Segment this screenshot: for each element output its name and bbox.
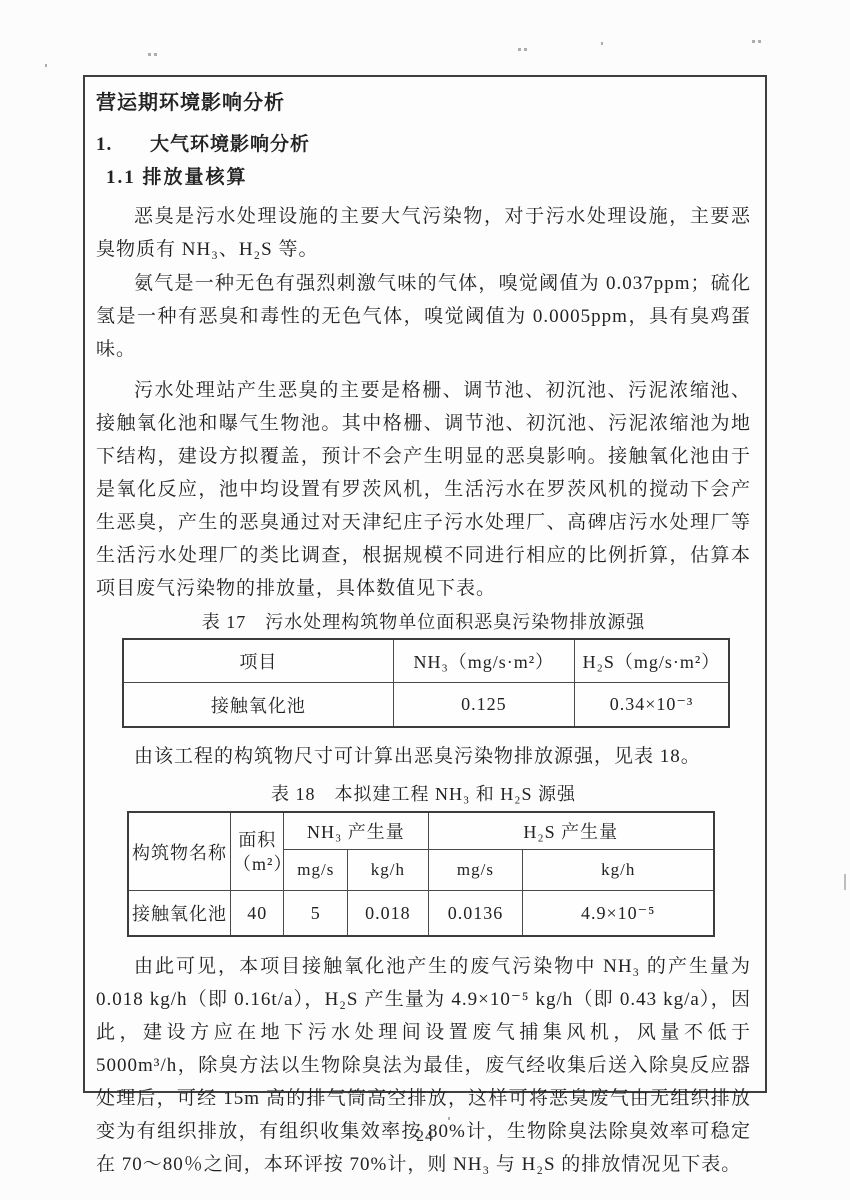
document-content: 营运期环境影响分析 1.大气环境影响分析 1.1 排放量核算 恶臭是污水处理设施… xyxy=(85,77,765,1181)
table-18-header-area: 面积 （m²） xyxy=(231,812,284,891)
heading-1-number: 1. xyxy=(96,132,150,158)
heading-1: 1.大气环境影响分析 xyxy=(96,132,751,158)
table-18-cell-nh3-mgs: 5 xyxy=(284,891,348,937)
table-18: 构筑物名称 面积 （m²） NH₃ 产生量 H₂S 产生量 mg/s kg/h … xyxy=(127,811,715,937)
table-18-header-area-unit: （m²） xyxy=(233,852,281,876)
table-18-subheader-h2s-mgs: mg/s xyxy=(428,850,523,891)
table-18-subheader-nh3-mgs: mg/s xyxy=(284,850,348,891)
table-17-header-nh3: NH₃（mg/s·m²） xyxy=(393,639,574,683)
paragraph-odor-sources: 污水处理站产生恶臭的主要是格栅、调节池、初沉池、污泥浓缩池、接触氧化池和曝气生物… xyxy=(96,374,751,605)
scanned-document: 营运期环境影响分析 1.大气环境影响分析 1.1 排放量核算 恶臭是污水处理设施… xyxy=(0,0,850,1200)
table-17-header-h2s: H₂S（mg/s·m²） xyxy=(574,639,729,683)
document-frame: 营运期环境影响分析 1.大气环境影响分析 1.1 排放量核算 恶臭是污水处理设施… xyxy=(83,75,767,1093)
table-17-cell-name: 接触氧化池 xyxy=(123,683,393,728)
section-title: 营运期环境影响分析 xyxy=(96,90,751,117)
table-17-cell-nh3: 0.125 xyxy=(393,683,574,728)
table-17-cell-h2s: 0.34×10⁻³ xyxy=(574,683,729,728)
scan-artifact xyxy=(45,64,47,67)
table-17-header-row: 项目 NH₃（mg/s·m²） H₂S（mg/s·m²） xyxy=(123,639,729,683)
table-18-subheader-h2s-kgh: kg/h xyxy=(523,850,714,891)
table-18-cell-name: 接触氧化池 xyxy=(128,891,231,937)
table-18-header-area-label: 面积 xyxy=(233,828,281,852)
table-18-group-h2s: H₂S 产生量 xyxy=(428,812,714,850)
table-18-header-structure: 构筑物名称 xyxy=(128,812,231,891)
paragraph-odor-intro: 恶臭是污水处理设施的主要大气污染物，对于污水处理设施，主要恶臭物质有 NH₃、H… xyxy=(96,200,751,266)
table-row: 接触氧化池 40 5 0.018 0.0136 4.9×10⁻⁵ xyxy=(128,891,714,937)
table-18-group-nh3: NH₃ 产生量 xyxy=(284,812,428,850)
table-18-caption: 表 18 本拟建工程 NH₃ 和 H₂S 源强 xyxy=(96,782,751,806)
scan-artifact xyxy=(752,40,755,43)
heading-1-text: 大气环境影响分析 xyxy=(150,134,310,155)
scan-artifact xyxy=(844,874,846,890)
table-18-subheader-nh3-kgh: kg/h xyxy=(348,850,428,891)
table-17-caption: 表 17 污水处理构筑物单位面积恶臭污染物排放源强 xyxy=(96,610,751,634)
scan-artifact xyxy=(148,53,151,56)
scan-artifact xyxy=(518,48,521,51)
scan-artifact xyxy=(448,1117,450,1120)
paragraph-conclusion: 由此可见，本项目接触氧化池产生的废气污染物中 NH₃ 的产生量为 0.018 k… xyxy=(96,950,751,1181)
table-17: 项目 NH₃（mg/s·m²） H₂S（mg/s·m²） 接触氧化池 0.125… xyxy=(122,638,730,728)
scan-artifact xyxy=(601,42,603,45)
page-number: 24 xyxy=(0,1128,850,1146)
table-18-cell-h2s-kgh: 4.9×10⁻⁵ xyxy=(523,891,714,937)
table-18-cell-h2s-mgs: 0.0136 xyxy=(428,891,523,937)
heading-1-1: 1.1 排放量核算 xyxy=(106,165,751,191)
table-row: 接触氧化池 0.125 0.34×10⁻³ xyxy=(123,683,729,728)
table-18-cell-area: 40 xyxy=(231,891,284,937)
table-18-cell-nh3-kgh: 0.018 xyxy=(348,891,428,937)
table-17-header-item: 项目 xyxy=(123,639,393,683)
paragraph-table18-intro: 由该工程的构筑物尺寸可计算出恶臭污染物排放源强，见表 18。 xyxy=(96,740,751,773)
table-18-group-header-row: 构筑物名称 面积 （m²） NH₃ 产生量 H₂S 产生量 xyxy=(128,812,714,850)
paragraph-gas-properties: 氨气是一种无色有强烈刺激气味的气体，嗅觉阈值为 0.037ppm；硫化氢是一种有… xyxy=(96,267,751,366)
